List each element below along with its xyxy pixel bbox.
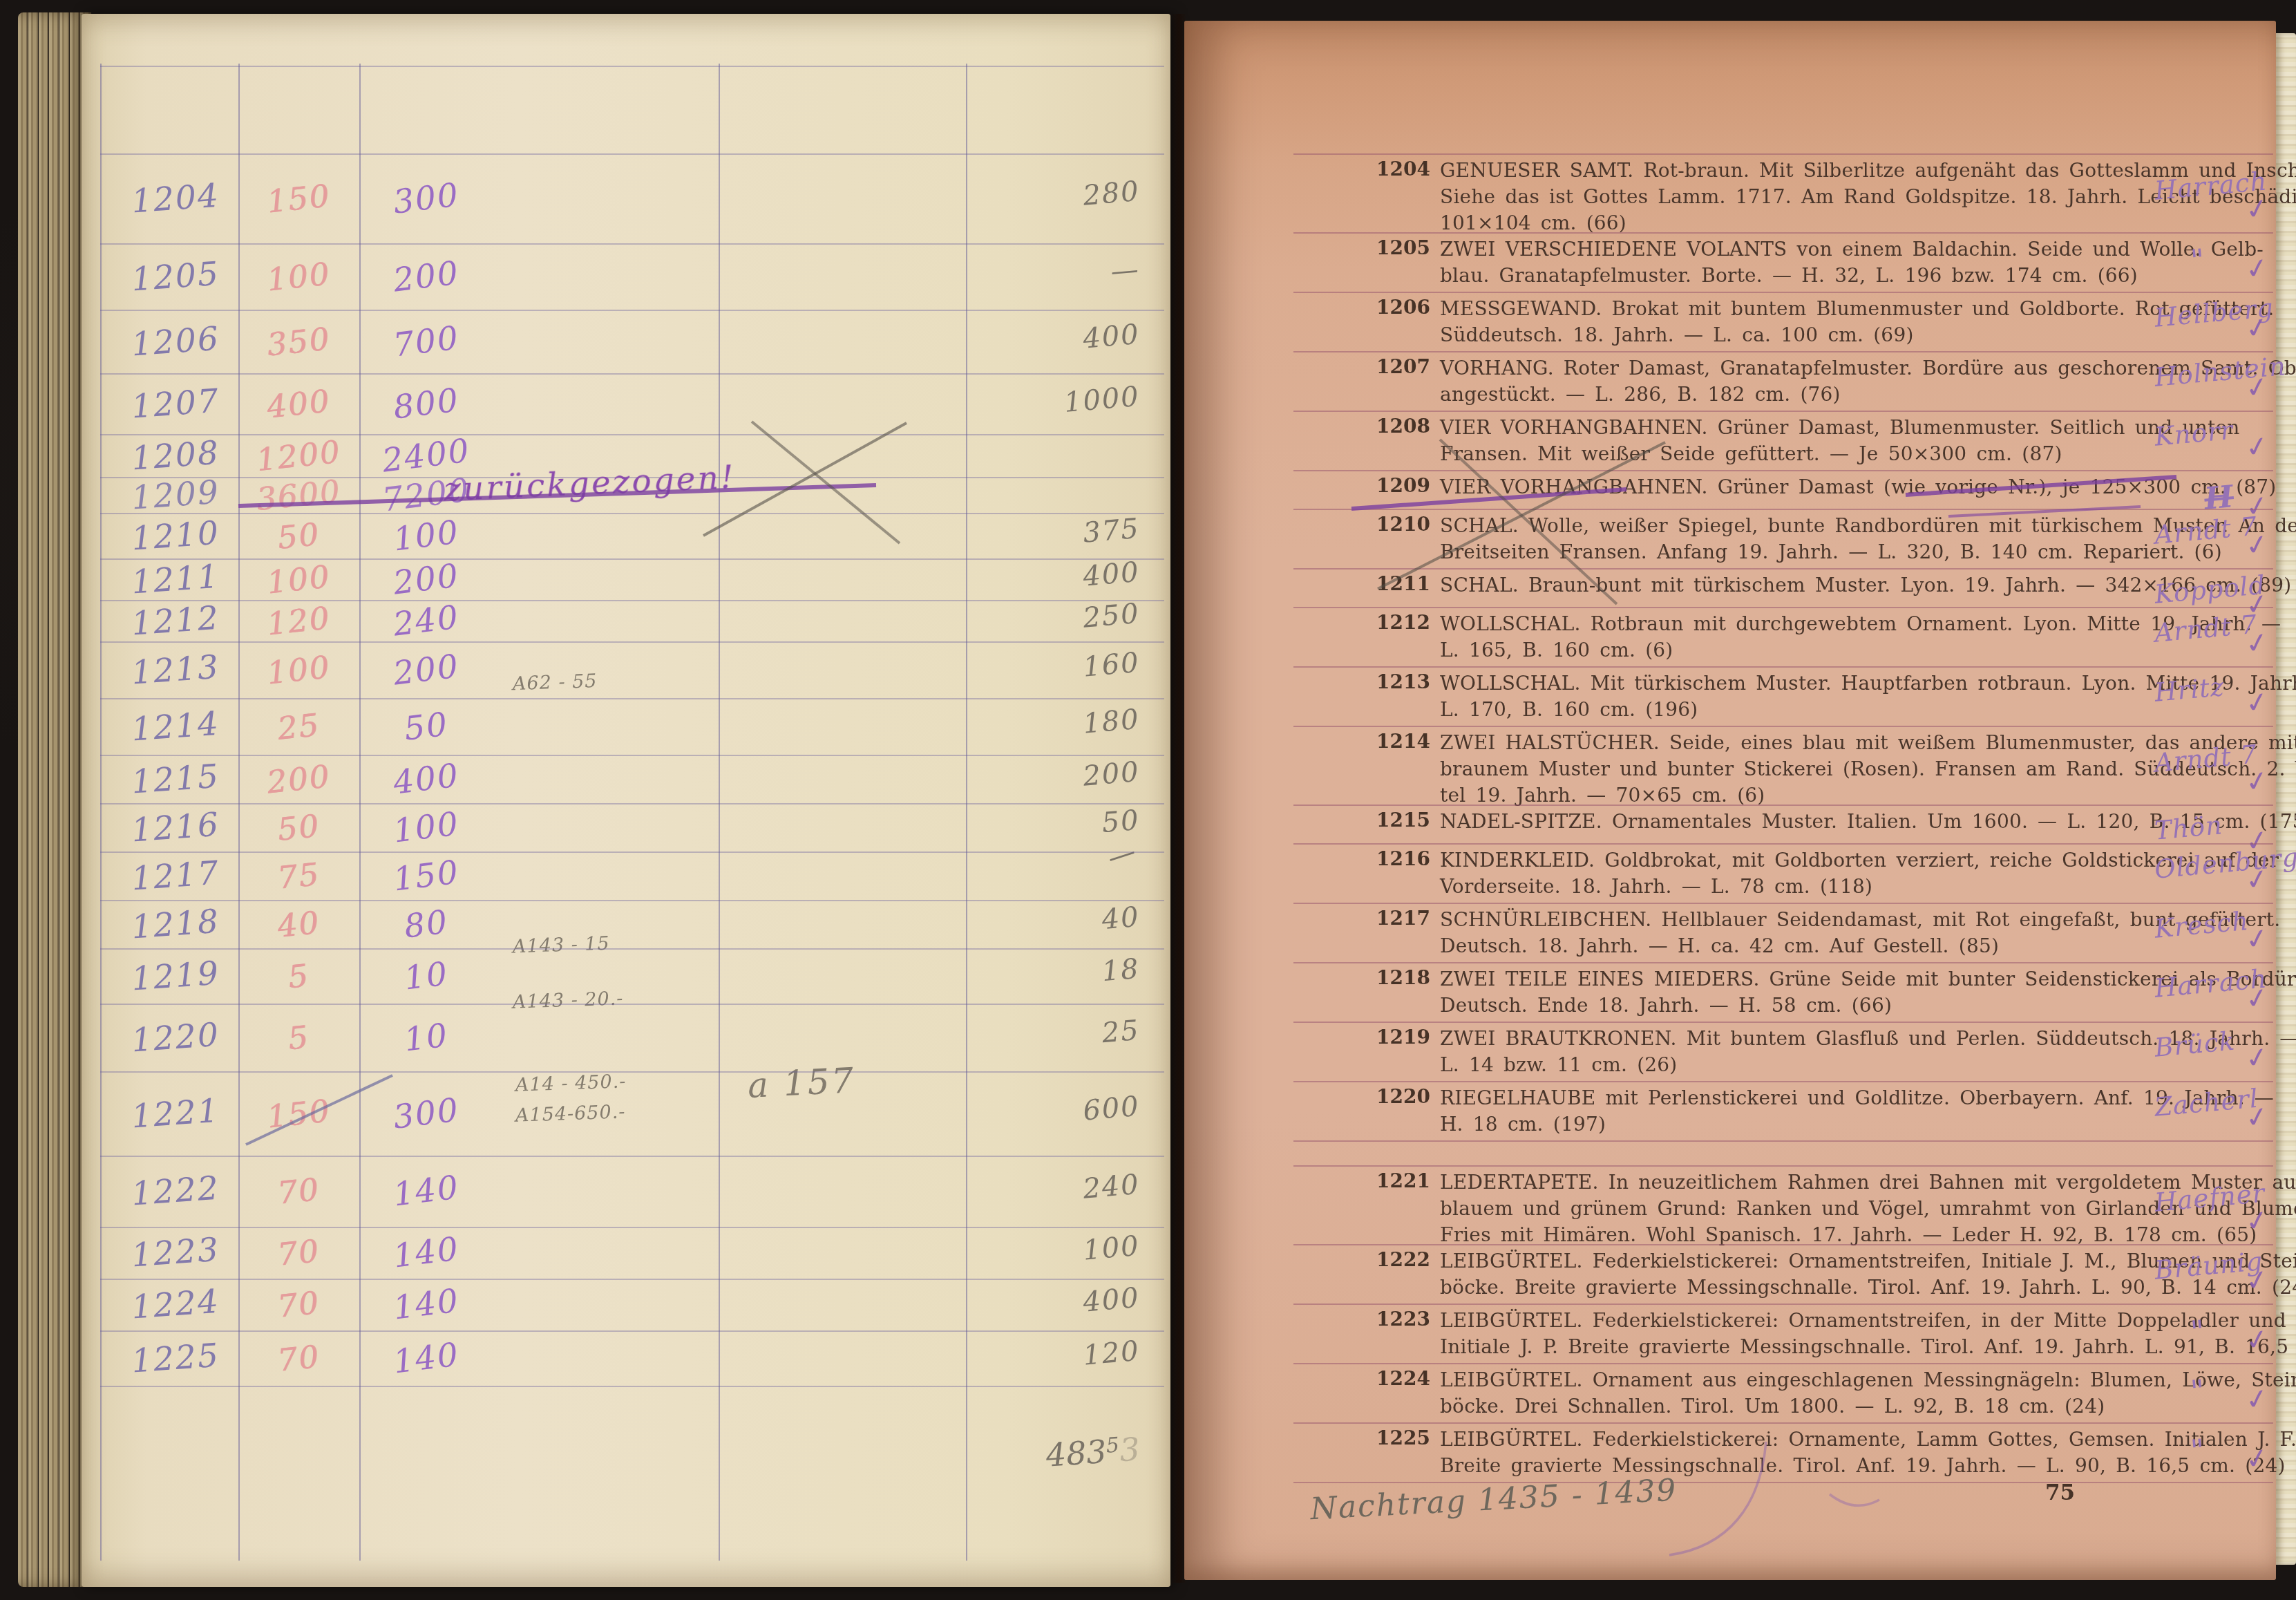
pencil-note: A154-650.- [515,1101,626,1127]
catalog-entry-line: Fries mit Himären. Wohl Spanisch. 17. Ja… [1440,1222,2168,1248]
lot-number: 1224 [105,1274,247,1335]
ledger-row: 1206350700400 [82,310,1170,373]
lot-number: 1221 [104,1066,247,1160]
lot-number: 1207 [104,368,247,439]
ledger-row: 12165010050 [82,803,1170,851]
total-correction: 5 [1106,1433,1120,1458]
catalog-entry-line: VORHANG. Roter Damast, Granatapfelmuster… [1440,355,2168,382]
ledger-row: 122570140120 [82,1330,1170,1386]
ledger-row: 122470140400 [82,1279,1170,1330]
catalog-entry-number: 1214 [1367,730,1430,753]
ledger-row: 1213100200160 [82,641,1170,698]
lot-number: 1225 [104,1326,246,1391]
catalog-entry-line: Breitseiten Fransen. Anfang 19. Jahrh. —… [1440,539,2168,565]
catalog-entry-line: LEIBGÜRTEL. Federkielstickerei: Ornament… [1440,1308,2168,1334]
catalog-entry-number: 1208 [1367,415,1430,437]
catalog-entry-line: GENUESER SAMT. Rot-braun. Mit Silberlitz… [1440,158,2168,184]
catalog-entry-line: L. 14 bzw. 11 cm. (26) [1440,1052,2168,1078]
estimate-value: 400 [240,368,357,440]
catalog-entry-line: SCHNÜRLEIBCHEN. Hellblauer Seidendamast,… [1440,907,2168,933]
catalog-entry-line: böcke. Breite gravierte Messingschnalle.… [1440,1274,2168,1301]
catalog-entry-line: böcke. Drei Schnallen. Tirol. Um 1800. —… [1440,1393,2168,1420]
estimate-value: 100 [240,238,357,315]
lot-number: 1222 [104,1151,247,1232]
catalog-entry-line: angestückt. — L. 286, B. 182 cm. (76) [1440,382,2168,408]
catalog-entry-line: WOLLSCHAL. Mit türkischem Muster. Hauptf… [1440,670,2168,697]
catalog-entry-line: Breite gravierte Messingschnalle. Tirol.… [1440,1453,2168,1479]
page-number: 75 [2045,1480,2107,1505]
catalog-entry-line: blau. Granatapfelmuster. Borte. — H. 32,… [1440,263,2168,289]
catalog-entry-line: Initiale J. P. Breite gravierte Messings… [1440,1334,2168,1360]
catalog-entry-line: MESSGEWAND. Brokat mit buntem Blumenmust… [1440,296,2168,322]
catalog-entry-number: 1218 [1367,966,1430,989]
ledger-row: 1215200400200 [82,755,1170,803]
book-gutter [1170,14,1186,1583]
lot-number: 1214 [104,693,246,760]
result-value: 1000 [972,366,1143,442]
ledger-row: 121775150— [82,851,1170,900]
ledger-row: 121951018 [82,948,1170,1004]
catalog-entry-number: 1205 [1367,236,1430,259]
catalog-entry-line: Fransen. Mit weißer Seide gefüttert. — J… [1440,441,2168,467]
estimate-value: 70 [240,1150,357,1232]
catalog-entry-number: 1216 [1367,847,1430,870]
catalog-entry-number: 1215 [1367,809,1430,831]
limit-value: 300 [356,146,497,251]
catalog-entry-line: LEIBGÜRTEL. Federkielstickerei: Ornament… [1440,1248,2168,1274]
catalog-entry-line: Vorderseite. 18. Jahrh. — L. 78 cm. (118… [1440,874,2168,900]
catalog-entry-number: 1224 [1367,1367,1430,1390]
estimate-value: 5 [240,998,357,1077]
catalog-entry-line: KINDERKLEID. Goldbrokat, mit Goldborten … [1440,847,2168,874]
left-page-deckle-edge [18,12,91,1587]
catalog-entry-number: 1222 [1367,1248,1430,1271]
catalog-entry-number: 1220 [1367,1085,1430,1108]
lot-number: 1220 [104,999,247,1076]
ledger-row: 1211100200400 [82,558,1170,600]
catalog-entry-line: blauem und grünem Grund: Ranken und Vöge… [1440,1196,2168,1222]
ledger-row: 1212120240250 [82,600,1170,641]
catalog-entry-line: L. 170, B. 160 cm. (196) [1440,697,2168,723]
catalog-entry-number: 1207 [1367,355,1430,378]
estimate-value: 150 [239,1066,358,1161]
ledger-row: 121050100375 [82,513,1170,558]
catalog-entry-line: LEIBGÜRTEL. Ornament aus eingeschlagenen… [1440,1367,2168,1393]
catalog-entry-line: SCHAL. Braun-bunt mit türkischem Muster.… [1440,572,2168,599]
pencil-note: a 157 [747,1060,857,1106]
pencil-note: A14 - 450.- [515,1071,627,1096]
result-value: 280 [971,147,1144,250]
catalog-entry-line: Süddeutsch. 18. Jahrh. — L. ca. 100 cm. … [1440,322,2168,348]
lot-number: 1205 [104,238,247,314]
catalog-entry-number: 1217 [1367,907,1430,930]
catalog-entry-number: 1212 [1367,611,1430,634]
catalog-entry-line: RIEGELHAUBE mit Perlenstickerei und Gold… [1440,1085,2168,1111]
book-spread: 12041503002801205100200—1206350700400120… [0,0,2296,1600]
result-value: 120 [972,1324,1142,1393]
lot-number: 1206 [104,305,247,378]
limit-value: 300 [356,1064,496,1163]
ledger-row: 122370140100 [82,1227,1170,1279]
pencil-note: A143 - 15 [513,933,611,958]
catalog-entry-line: WOLLSCHAL. Rotbraun mit durchgewebtem Or… [1440,611,2168,637]
catalog-entry-line: VIER VORHANGBAHNEN. Grüner Damast (wie v… [1440,474,2168,500]
catalog-entry-line: ZWEI TEILE EINES MIEDERS. Grüne Seide mi… [1440,966,2168,992]
catalog-entry-line: 101×104 cm. (66) [1440,210,2168,236]
lot-number: 1219 [104,943,246,1008]
ledger-row: 1204150300280 [82,153,1170,243]
catalog-entry-number: 1225 [1367,1427,1430,1449]
catalog-entry-line: LEIBGÜRTEL. Federkielstickerei: Ornament… [1440,1427,2168,1453]
ledger-row: 1205100200— [82,243,1170,310]
pencil-note: A62 - 55 [512,670,598,695]
estimate-value: 150 [239,148,359,249]
ledger-row: 12074008001000 [82,373,1170,434]
estimate-value: 350 [240,304,357,379]
ledger-row: 12142550180 [82,698,1170,755]
catalog-entry-line: Deutsch. 18. Jahrh. — H. ca. 42 cm. Auf … [1440,933,2168,959]
catalog-entry-line: ZWEI VERSCHIEDENE VOLANTS von einem Bald… [1440,236,2168,263]
catalog-entry-line: H. 18 cm. (197) [1440,1111,2168,1138]
result-value: 600 [971,1064,1144,1163]
catalog-entry-line: SCHAL. Wolle, weißer Spiegel, bunte Rand… [1440,513,2168,539]
ledger-row: 1218408040 [82,900,1170,948]
catalog-entry-number: 1206 [1367,296,1430,319]
catalog-entry-number: 1209 [1367,474,1430,497]
catalog-entry-line: Siehe das ist Gottes Lamm. 1717. Am Rand… [1440,184,2168,210]
pencil-note: A143 - 20.- [513,988,624,1013]
catalog-entry-number: 1219 [1367,1026,1430,1048]
lot-number: 1204 [104,149,248,248]
catalog-entry-number: 1221 [1367,1169,1430,1192]
ledger-row: 122270140240 [82,1156,1170,1227]
catalog-entry-number: 1210 [1367,513,1430,536]
catalog-entry-line: LEDERTAPETE. In neuzeitlichem Rahmen dre… [1440,1169,2168,1196]
catalog-entry-line: NADEL-SPITZE. Ornamentales Muster. Itali… [1440,809,2168,835]
total-ghost-digit: 3 [1119,1430,1141,1469]
ledger-row: 122051025 [82,1004,1170,1071]
catalog-entry-number: 1213 [1367,670,1430,693]
lot-number: 1223 [105,1222,247,1283]
catalog-entry-number: 1223 [1367,1308,1430,1330]
catalog-entry-line: ZWEI BRAUTKRONEN. Mit buntem Glasfluß un… [1440,1026,2168,1052]
catalog-entry-line: L. 165, B. 160 cm. (6) [1440,637,2168,663]
catalog-entry-line: Deutsch. Ende 18. Jahrh. — H. 58 cm. (66… [1440,992,2168,1019]
total-main: 483 [1045,1433,1108,1474]
catalog-entry-number: 1204 [1367,158,1430,180]
catalog-entry-number: 1211 [1367,572,1430,595]
lot-number: 1213 [104,637,246,703]
estimate-value: 70 [240,1325,356,1391]
catalog-entry-line: VIER VORHANGBAHNEN. Grüner Damast, Blume… [1440,415,2168,441]
catalog-entry-line: tel 19. Jahrh. — 70×65 cm. (6) [1440,782,2168,809]
catalog-entry-line: ZWEI HALSTÜCHER. Seide, eines blau mit w… [1440,730,2168,756]
catalog-entry-line: braunem Muster und bunter Stickerei (Ros… [1440,756,2168,782]
limit-value: 140 [358,1323,495,1394]
